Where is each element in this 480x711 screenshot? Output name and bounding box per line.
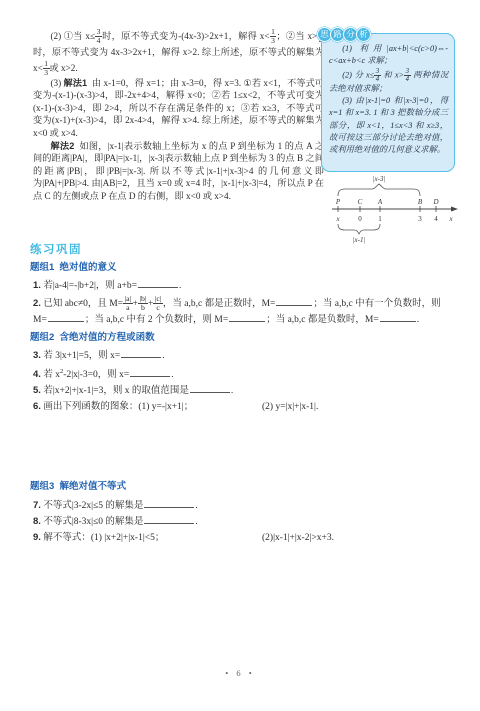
question-1: 1. 若|a-4|=-|b+2|，则 a+b=. <box>30 278 454 293</box>
solution-part3-method2-paragraph: 解法2 如图，|x-1|表示数轴上坐标为 x 的点 P 到坐标为 1 的点 A … <box>33 140 324 203</box>
question-5: 5. 若|x+2|+|x-1|=3，则 x 的取值范围是. <box>30 383 454 398</box>
question-4: 4. 若 x2-2|x|-3=0，则 x=. <box>30 365 454 382</box>
question-6-part2: (2) y=|x|+|x-1|. <box>262 400 318 414</box>
point-label: D <box>432 198 438 206</box>
analysis-item-2: (2) 分 x≤34 和 x>34 两种情况去绝对值求解； <box>329 68 448 96</box>
group3-title: 题组3 解绝对值不等式 <box>30 480 454 494</box>
question-6: 6. 画出下列函数的图象：(1) y=-|x+1|； (2) y=|x|+|x-… <box>30 400 454 414</box>
analysis-item-1: (1) 利用|ax+b|<c(c>0)⇔-c<ax+b<c 求解； <box>329 43 448 68</box>
tick-label: 1 <box>378 215 382 223</box>
axis-arrow <box>451 207 458 212</box>
question-6-part1: 6. 画出下列函数的图象：(1) y=-|x+1|； <box>33 402 193 412</box>
group1-title: 题组1 绝对值的意义 <box>30 261 454 275</box>
page-number: • 6 • <box>0 668 480 678</box>
top-brace-label: |x-3| <box>373 175 386 183</box>
group2-title: 题组2 含绝对值的方程或函数 <box>30 331 454 345</box>
analysis-item-3: (3) 由|x-1|=0 和|x-3|=0，得 x=1 和 x=3. 1 和 3… <box>329 95 448 156</box>
point-label: P <box>335 198 341 206</box>
question-2: 2. 已知 abc≠0，且 M=|a|a+|b|b+|c|c，当 a,b,c 都… <box>30 295 454 328</box>
point-label: B <box>418 198 423 206</box>
practice-section: 练习巩固 题组1 绝对值的意义 1. 若|a-4|=-|b+2|，则 a+b=.… <box>30 243 454 547</box>
question-8: 8. 不等式|8-3x|≤0 的解集是. <box>30 514 454 529</box>
bottom-brace <box>338 224 380 234</box>
textbook-page: (2) ①当 x≤34时，原不等式变为-(4x-3)>2x+1，解得 x<13；… <box>0 0 480 711</box>
question-9-part1: 9. 解不等式：(1) |x+2|+|x-1|<5； <box>33 533 164 543</box>
solution-text-column: (2) ①当 x≤34时，原不等式变为-(4x-3)>2x+1，解得 x<13；… <box>33 28 324 203</box>
question-9: 9. 解不等式：(1) |x+2|+|x-1|<5； (2)|x-1|+|x-2… <box>30 531 454 545</box>
tick-label: x <box>335 215 340 223</box>
practice-header: 练习巩固 <box>30 243 454 257</box>
number-line-diagram: |x-3| P C A B D x 0 1 3 4 x |x-1| <box>330 172 458 244</box>
point-label: A <box>377 198 383 206</box>
tick-label: 4 <box>434 215 438 223</box>
analysis-badge: 思 路 分 析 <box>317 27 369 42</box>
question-3: 3. 若 3|x+1|=5，则 x=. <box>30 348 454 363</box>
solution-part3-method1-paragraph: (3) 解法1 由 x-1=0，得 x=1；由 x-3=0，得 x=3. ①若 … <box>33 77 324 140</box>
analysis-box: 思 路 分 析 (1) 利用|ax+b|<c(c>0)⇔-c<ax+b<c 求解… <box>321 33 455 172</box>
point-label: C <box>358 198 363 206</box>
solution-part2-paragraph: (2) ①当 x≤34时，原不等式变为-(4x-3)>2x+1，解得 x<13；… <box>33 28 324 77</box>
tick-label: 0 <box>358 215 362 223</box>
analysis-box-content: (1) 利用|ax+b|<c(c>0)⇔-c<ax+b<c 求解； (2) 分 … <box>322 34 454 161</box>
question-7: 7. 不等式|3-2x|≤5 的解集是. <box>30 498 454 513</box>
top-brace <box>338 184 420 196</box>
axis-variable-label: x <box>448 215 453 223</box>
badge-char: 析 <box>356 27 371 42</box>
question-9-part2: (2)|x-1|+|x-2|>x+3. <box>262 531 334 545</box>
tick-label: 3 <box>418 215 422 223</box>
